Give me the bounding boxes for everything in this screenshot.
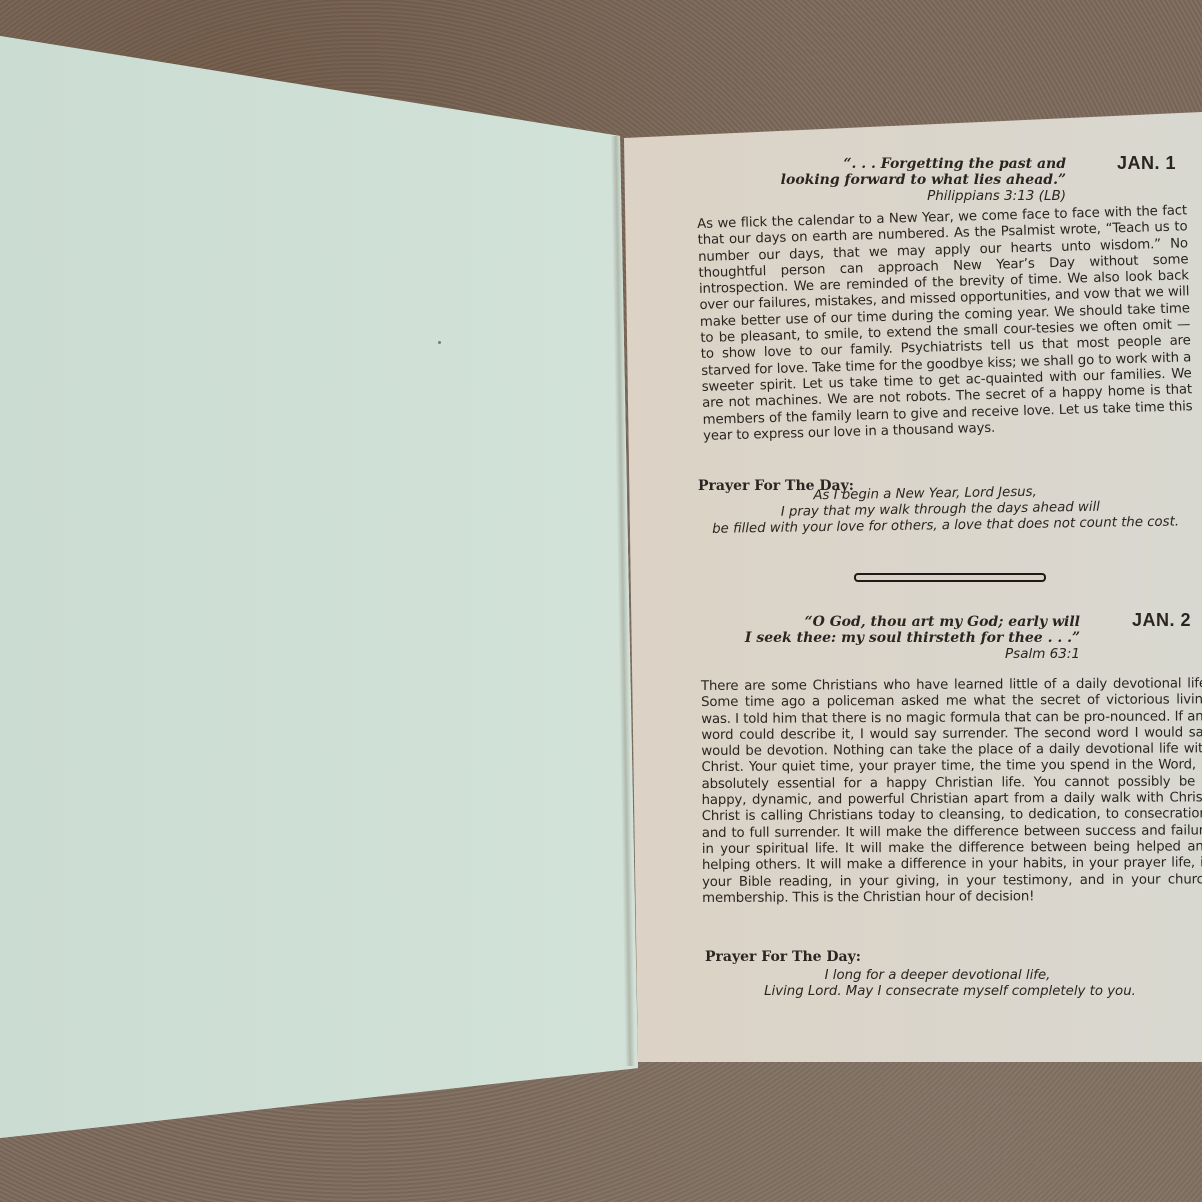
quote-line: “. . . Forgetting the past and (700, 156, 1066, 172)
entry-quote: “O God, thou art my God; early will I se… (700, 614, 1080, 662)
prayer-line: Living Lord. May I consecrate myself com… (705, 984, 1202, 1000)
quote-line: looking forward to what lies ahead.” (700, 172, 1066, 188)
scripture-reference: Psalm 63:1 (700, 646, 1080, 662)
entry-divider (854, 573, 1046, 582)
prayer-text: As I begin a New Year, Lord Jesus, I pra… (700, 482, 1191, 538)
entry-body: There are some Christians who have learn… (701, 676, 1202, 907)
quote-line: “O God, thou art my God; early will (700, 614, 1080, 630)
prayer-line: I long for a deeper devotional life, (705, 968, 1202, 984)
prayer-label: Prayer For The Day: (705, 949, 861, 965)
scripture-reference: Philippians 3:13 (LB) (700, 188, 1066, 204)
entry-date: JAN. 2 (1132, 610, 1191, 631)
page-speck (438, 341, 441, 344)
entry-quote: “. . . Forgetting the past and looking f… (700, 156, 1066, 204)
quote-line: I seek thee: my soul thirsteth for thee … (700, 630, 1080, 646)
entry-date: JAN. 1 (1117, 153, 1176, 174)
prayer-text: I long for a deeper devotional life, Liv… (705, 968, 1202, 1000)
entry-body: As we flick the calendar to a New Year, … (697, 203, 1193, 445)
